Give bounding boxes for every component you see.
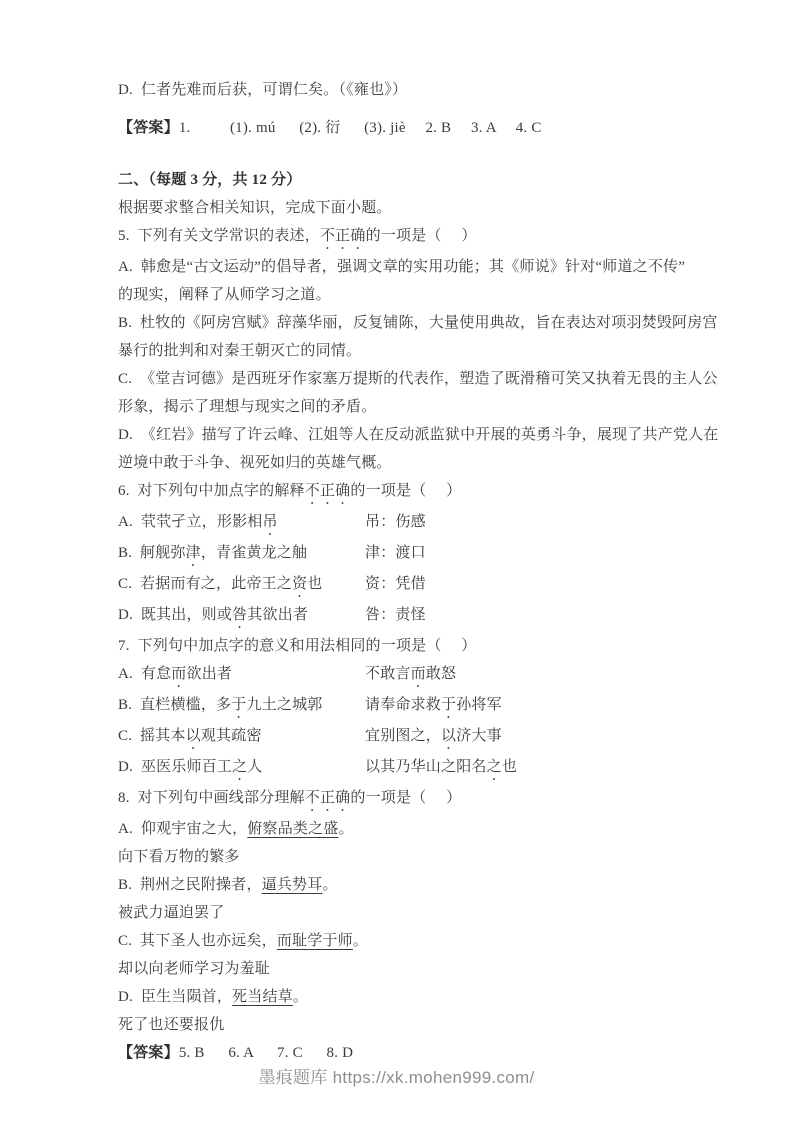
text-segment: 逆境中敢于斗争、视死如归的英雄气概。 [118,455,392,471]
text-segment: 孙将军 [456,697,502,713]
q5-option-c-cont: 形象，揭示了理想与现实之间的矛盾。 [118,393,682,421]
text-segment: 8. 对下列句中画线部分理解 [118,790,305,806]
text-segment: C. 《堂吉诃德》是西班牙作家塞万提斯的代表作，塑造了既滑稽可笑又执着无畏的主人… [118,371,718,387]
text-segment: C. 若据而有之，此帝王之 [118,576,292,592]
text-segment: 请奉命求救 [365,697,441,713]
text-segment: 5. B 6. A 7. C 8. D [179,1045,353,1061]
text-segment: D. 《红岩》描写了许云峰、江姐等人在反动派监狱中开展的英勇斗争，展现了共产党人… [118,427,719,443]
emphasized-char: 吊 [262,514,277,530]
page-footer: 墨痕题库 https://xk.mohen999.com/ [0,1063,793,1088]
text-segment: B. 杜牧的《阿房宫赋》辞藻华丽，反复铺陈，大量使用典故，旨在表达对项羽焚毁阿房… [118,315,718,331]
text-segment: 的一项是（ ） [366,228,477,244]
question-8-stem: 8. 对下列句中画线部分理解不正确的一项是（ ） [118,784,682,815]
text-segment: D. 仁者先难而后获，可谓仁矣。（《雍也》） [118,82,407,98]
second-column: 宜别图之，以济大事 [365,722,502,753]
second-column: 资：凭借 [365,570,426,598]
underlined-phrase: 死当结草 [232,989,293,1005]
q8-option-a: A. 仰观宇宙之大，俯察品类之盛。 [118,815,682,843]
watermark-text: 墨痕题库 https://xk.mohen999.com/ [258,1068,534,1087]
text-segment: 不敢言 [365,666,411,682]
q6-option-c: C. 若据而有之，此帝王之资也资：凭借 [118,570,682,601]
q8-option-c: C. 其下圣人也亦远矣，而耻学于师。 [118,927,682,955]
text-segment: A. 仰观宇宙之大， [118,821,247,837]
text-segment: 以其乃华山之阳名 [365,759,487,775]
answer-option-d-q4: D. 仁者先难而后获，可谓仁矣。（《雍也》） [118,76,682,104]
q7-option-a: A. 有怠而欲出者不敢言而敢怒 [118,660,682,691]
section-heading: 二、（每题 3 分，共 12 分） [118,166,682,194]
q8-option-b: B. 荆州之民附操者，逼兵势耳。 [118,871,682,899]
text-segment: 形象，揭示了理想与现实之间的矛盾。 [118,399,376,415]
text-segment: 也 [307,576,322,592]
emphasized-char: 不正确 [320,228,366,244]
emphasized-char: 而 [411,666,426,682]
text-segment: D. 巫医乐师百工 [118,759,232,775]
q8-option-a-gloss: 向下看万物的繁多 [118,843,682,871]
text-segment: 的现实，阐释了从师学习之道。 [118,287,331,303]
text-segment: 吊：伤感 [365,514,426,530]
section-intro: 根据要求整合相关知识，完成下面小题。 [118,194,682,222]
q7-option-c: C. 摇其本以观其疏密宜别图之，以济大事 [118,722,682,753]
text-segment: C. 其下圣人也亦远矣， [118,933,277,949]
second-column: 津：渡口 [365,539,426,567]
q5-option-c: C. 《堂吉诃德》是西班牙作家塞万提斯的代表作，塑造了既滑稽可笑又执着无畏的主人… [118,365,682,393]
bold-label: 【答案】 [118,1045,179,1061]
text-segment: 向下看万物的繁多 [118,849,240,865]
text-segment: B. 直栏横槛，多 [118,697,231,713]
text-segment: D. 臣生当陨首， [118,989,232,1005]
emphasized-char: 以 [441,728,456,744]
q5-option-a: A. 韩愈是“古文运动”的倡导者，强调文章的实用功能；其《师说》针对“师道之不传… [118,253,682,281]
q8-option-b-gloss: 被武力逼迫罢了 [118,899,682,927]
q5-option-d-cont: 逆境中敢于斗争、视死如归的英雄气概。 [118,449,682,477]
q6-option-b: B. 舸舰弥津，青雀黄龙之舳津：渡口 [118,539,682,570]
emphasized-char: 而 [171,666,186,682]
text-segment: 济大事 [456,728,502,744]
underlined-phrase: 而耻学于师 [277,933,353,949]
q5-option-b-cont: 暴行的批判和对秦王朝灭亡的同情。 [118,337,682,365]
text-segment: 人 [247,759,262,775]
text-segment: A. 茕茕孑立，形影相 [118,514,262,530]
document-body: D. 仁者先难而后获，可谓仁矣。（《雍也》）【答案】1. (1). mú (2)… [118,76,682,1067]
emphasized-char: 资 [292,576,307,592]
text-segment: 也 [502,759,517,775]
emphasized-char: 于 [231,697,246,713]
text-segment: 1. (1). mú (2). 衍 (3). jiè 2. B 3. A 4. … [179,120,542,136]
q8-option-d: D. 臣生当陨首，死当结草。 [118,983,682,1011]
text-segment: 资：凭借 [365,576,426,592]
text-segment: B. 荆州之民附操者， [118,877,262,893]
text-segment: 。 [322,877,337,893]
second-column: 咎：责怪 [365,601,426,629]
emphasized-char: 咎 [232,607,247,623]
q8-option-d-gloss: 死了也还要报仇 [118,1011,682,1039]
second-column: 以其乃华山之阳名之也 [365,753,517,784]
emphasized-char: 于 [441,697,456,713]
text-segment: 却以向老师学习为羞耻 [118,961,270,977]
question-6-stem: 6. 对下列句中加点字的解释不正确的一项是（ ） [118,477,682,508]
text-segment: B. 舸舰弥 [118,545,186,561]
q6-option-d: D. 既其出，则或咎其欲出者咎：责怪 [118,601,682,632]
text-segment: 观其疏密 [201,728,262,744]
text-segment: 死了也还要报仇 [118,1017,224,1033]
text-segment: 5. 下列有关文学常识的表述， [118,228,320,244]
emphasized-char: 以 [186,728,201,744]
underlined-phrase: 逼兵势耳 [262,877,323,893]
emphasized-char: 之 [487,759,502,775]
text-segment: 7. 下列句中加点字的意义和用法相同的一项是（ ） [118,638,477,654]
question-5-stem: 5. 下列有关文学常识的表述，不正确的一项是（ ） [118,222,682,253]
emphasized-char: 不正确 [305,483,351,499]
q5-option-b: B. 杜牧的《阿房宫赋》辞藻华丽，反复铺陈，大量使用典故，旨在表达对项羽焚毁阿房… [118,309,682,337]
text-segment: 咎：责怪 [365,607,426,623]
text-segment: 津：渡口 [365,545,426,561]
text-segment: 九土之城郭 [246,697,322,713]
underlined-phrase: 俯察品类之盛 [247,821,338,837]
second-column: 请奉命求救于孙将军 [365,691,502,722]
text-segment: 敢怒 [426,666,456,682]
text-segment: C. 摇其本 [118,728,186,744]
text-segment: 的一项是（ ） [350,483,461,499]
text-segment: A. 韩愈是“古文运动”的倡导者，强调文章的实用功能；其《师说》针对“师道之不传… [118,259,685,275]
emphasized-char: 津 [186,545,201,561]
text-segment: 根据要求整合相关知识，完成下面小题。 [118,200,392,216]
text-segment: A. 有怠 [118,666,171,682]
q5-option-d: D. 《红岩》描写了许云峰、江姐等人在反动派监狱中开展的英勇斗争，展现了共产党人… [118,421,682,449]
text-segment: 。 [339,821,354,837]
exam-page: D. 仁者先难而后获，可谓仁矣。（《雍也》）【答案】1. (1). mú (2)… [0,0,793,1122]
q5-option-a-cont: 的现实，阐释了从师学习之道。 [118,281,682,309]
text-segment: 被武力逼迫罢了 [118,905,224,921]
bold-label: 【答案】 [118,120,179,136]
emphasized-char: 之 [232,759,247,775]
second-column: 不敢言而敢怒 [365,660,456,691]
text-segment: 。 [293,989,308,1005]
bold-label: 二、（每题 3 分，共 12 分） [118,172,301,188]
q7-option-b: B. 直栏横槛，多于九土之城郭请奉命求救于孙将军 [118,691,682,722]
q8-option-c-gloss: 却以向老师学习为羞耻 [118,955,682,983]
emphasized-char: 不正确 [305,790,351,806]
text-segment: 的一项是（ ） [350,790,461,806]
q6-option-a: A. 茕茕孑立，形影相吊吊：伤感 [118,508,682,539]
q7-option-d: D. 巫医乐师百工之人以其乃华山之阳名之也 [118,753,682,784]
text-segment: 6. 对下列句中加点字的解释 [118,483,305,499]
text-segment: 宜别图之， [365,728,441,744]
text-segment: 暴行的批判和对秦王朝灭亡的同情。 [118,343,361,359]
text-segment: 其欲出者 [247,607,308,623]
text-segment: D. 既其出，则或 [118,607,232,623]
second-column: 吊：伤感 [365,508,426,536]
question-7-stem: 7. 下列句中加点字的意义和用法相同的一项是（ ） [118,632,682,660]
text-segment: ，青雀黄龙之舳 [201,545,307,561]
text-segment: 欲出者 [187,666,233,682]
text-segment: 。 [353,933,368,949]
answer-key-q1-4: 【答案】1. (1). mú (2). 衍 (3). jiè 2. B 3. A… [118,114,682,142]
